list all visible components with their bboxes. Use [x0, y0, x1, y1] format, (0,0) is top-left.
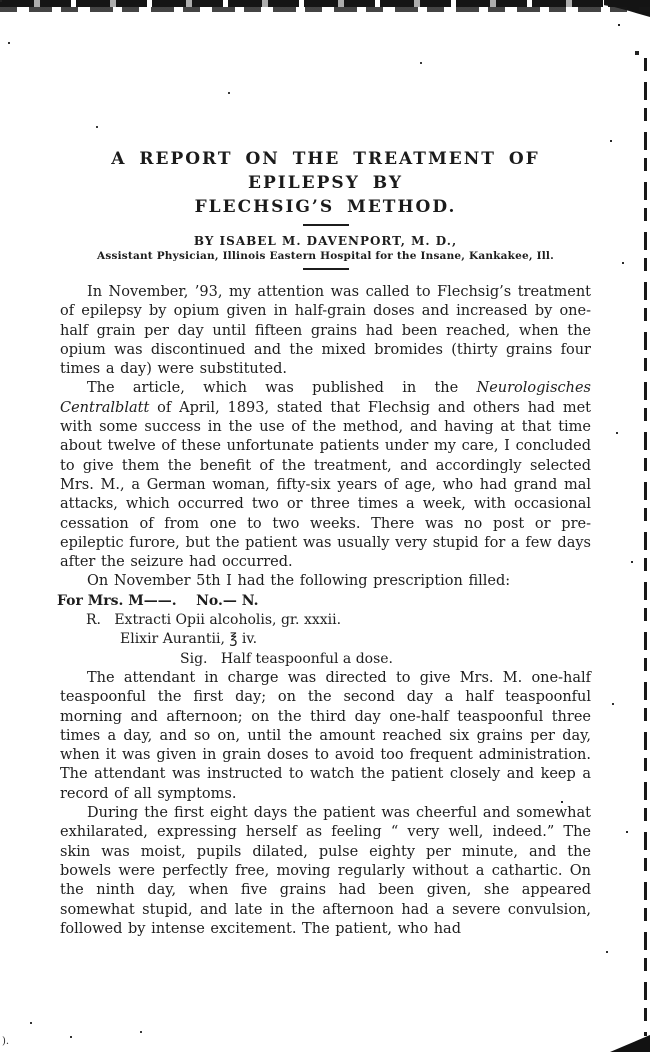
paragraph-intro: In November, ’93, my attention was calle… — [60, 283, 591, 379]
prescription-rx-line: R. Extracti Opii alcoholis, gr. xxxii. — [86, 611, 591, 630]
article-page: A REPORT ON THE TREATMENT OF EPILEPSY BY… — [60, 147, 591, 939]
paragraph-prescription-intro: On November 5th I had the following pres… — [60, 572, 591, 591]
byline: BY ISABEL M. DAVENPORT, M. D., — [60, 234, 591, 248]
scan-ink-specks — [0, 0, 2, 2]
title-line-1: A REPORT ON THE TREATMENT OF EPILEPSY BY — [111, 149, 539, 193]
prescription-block: For Mrs. M——. No.— N. R. Extracti Opii a… — [60, 592, 591, 669]
divider-rule-top — [303, 224, 349, 226]
article-title: A REPORT ON THE TREATMENT OF EPILEPSY BY… — [60, 147, 591, 219]
paragraph-attendant-directions: The attendant in charge was directed to … — [60, 669, 591, 804]
prescription-for-line: For Mrs. M——. No.— N. — [57, 592, 591, 611]
prescription-sig-line: Sig. Half teaspoonful a dose. — [180, 650, 591, 669]
prescription-elixir-line: Elixir Aurantii, ℥ iv. — [120, 630, 591, 649]
divider-rule-bottom — [303, 268, 349, 270]
paragraph-article-post: of April, 1893, stated that Flechsig and… — [60, 400, 591, 570]
scan-bottom-right-corner-artifact — [610, 1035, 650, 1052]
scan-top-edge-artifact — [0, 0, 650, 7]
paragraph-article-reference: The article, which was published in the … — [60, 379, 591, 572]
scan-right-edge-artifact — [644, 58, 647, 1036]
paragraph-article-pre: The article, which was published in the — [87, 380, 477, 396]
scan-bottom-left-mark: ). — [2, 1036, 9, 1047]
author-affiliation: Assistant Physician, Illinois Eastern Ho… — [60, 250, 591, 263]
title-line-2: FLECHSIG’S METHOD. — [195, 197, 457, 217]
article-body: In November, ’93, my attention was calle… — [60, 283, 591, 939]
paragraph-first-eight-days: During the first eight days the patient … — [60, 804, 591, 939]
